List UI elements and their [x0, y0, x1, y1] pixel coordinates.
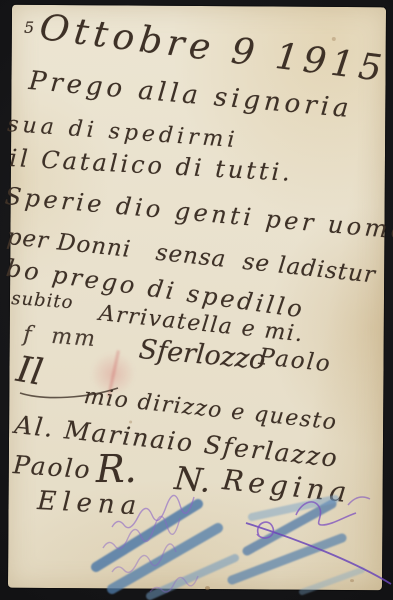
violet-pencil-line — [246, 523, 391, 584]
photo-background: 5 Ottobre 9 1915 Prego alla signoria sua… — [0, 0, 393, 600]
violet-scribble — [348, 497, 370, 505]
bottom-marks-layer — [0, 0, 393, 600]
blue-crayon-stroke — [302, 570, 362, 592]
blue-crayon-stroke — [232, 538, 342, 580]
ink-flourish — [20, 388, 118, 398]
blue-crayon-strokes-group — [96, 499, 362, 596]
